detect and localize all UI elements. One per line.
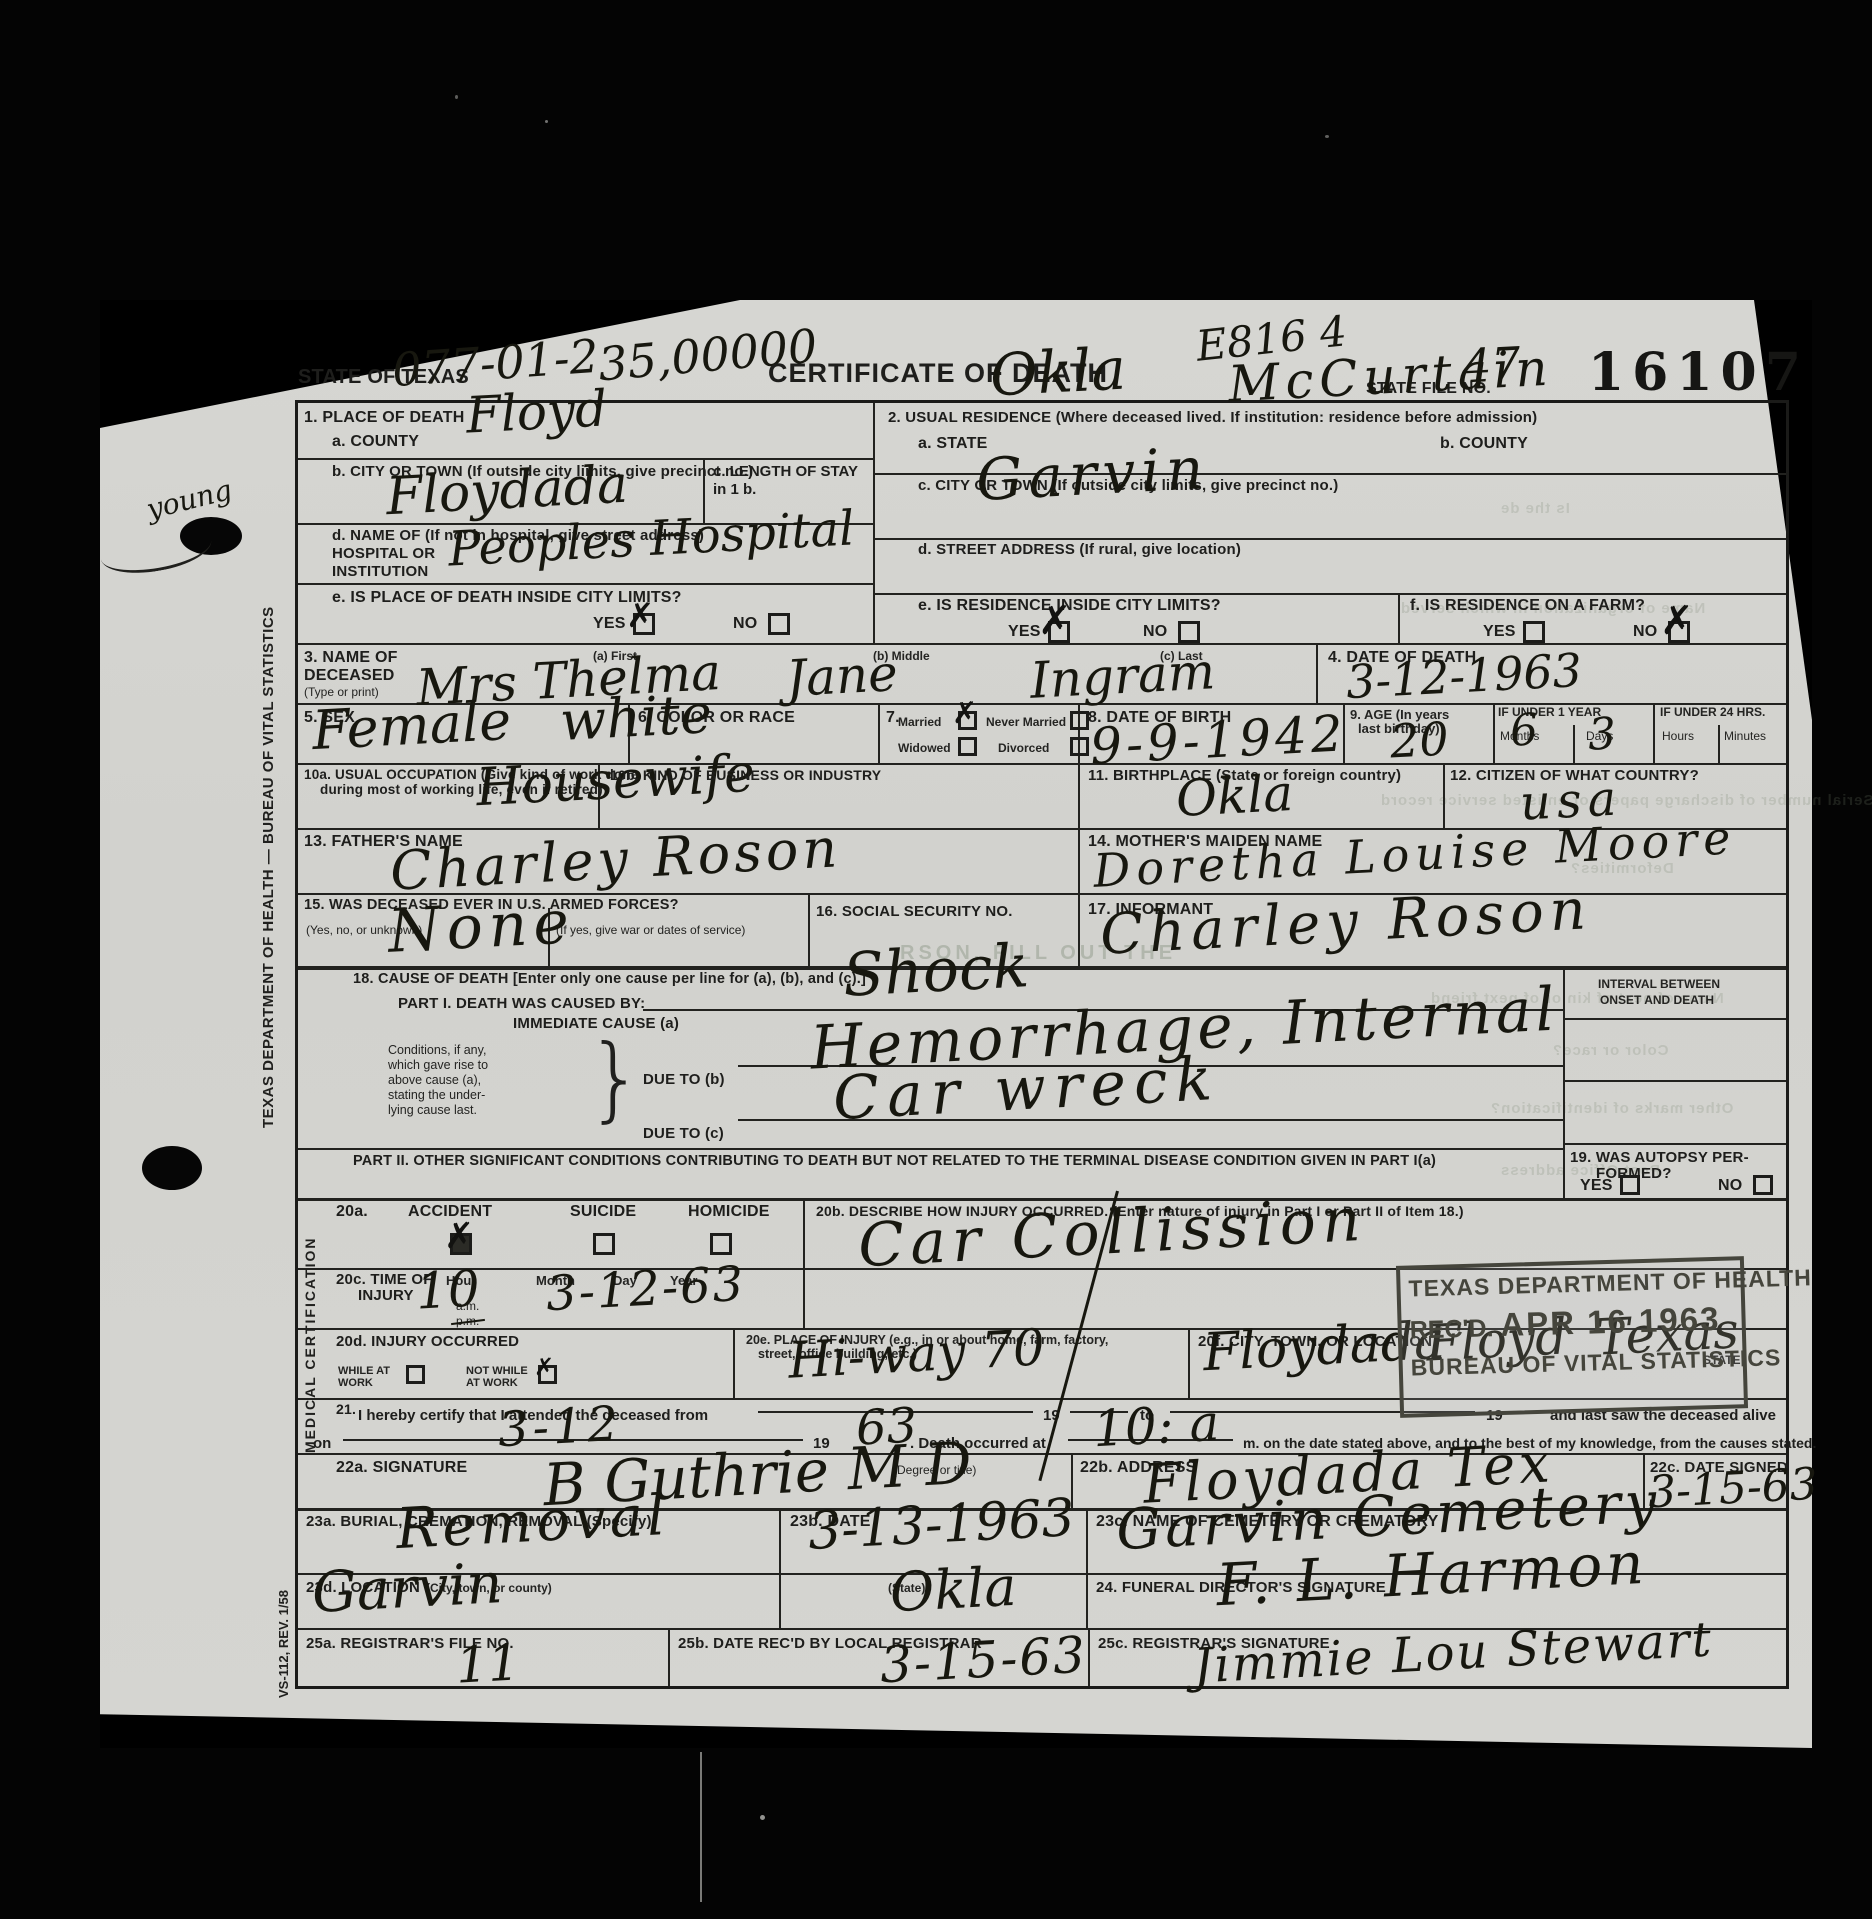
middle-name-value: Jane — [785, 648, 899, 704]
never-married-label: Never Married — [986, 715, 1066, 729]
age-value: 20 — [1389, 715, 1450, 764]
grid-line — [803, 1198, 805, 1328]
autopsy-no-label: NO — [1718, 1177, 1742, 1195]
location-state-value: Okla — [889, 1560, 1018, 1621]
farm-yes-checkbox — [1523, 621, 1545, 643]
hole-punch-bottom — [142, 1146, 202, 1190]
scan-background: young TEXAS DEPARTMENT OF HEALTH — BUREA… — [0, 0, 1872, 1919]
residence-city-limits-yes-mark: ✗ — [1038, 601, 1072, 641]
farm-no-label: NO — [1633, 623, 1657, 641]
suicide-checkbox — [593, 1233, 615, 1255]
autopsy-yes-checkbox — [1620, 1175, 1640, 1195]
due-to-c-label: DUE TO (c) — [643, 1125, 724, 1142]
death-time-value: 10: a — [1092, 1398, 1221, 1455]
widowed-checkbox — [958, 737, 977, 756]
hospital-name-label-2: HOSPITAL OR — [332, 545, 435, 562]
cause-c-value: Car wreck — [832, 1049, 1222, 1129]
certificate-form: MEDICAL CERTIFICATION 1. PLACE OF DEATH … — [295, 400, 1789, 1689]
not-while-at-work-label-2: AT WORK — [466, 1377, 518, 1389]
place-of-injury-value: Hi-way 70 — [787, 1322, 1046, 1385]
residence-city-limits-no-checkbox — [1178, 621, 1200, 643]
accident-mark: ✗ — [444, 1219, 474, 1255]
received-stamp: TEXAS DEPARTMENT OF HEALTH REC'D. APR 16… — [1396, 1256, 1748, 1418]
scan-speck — [545, 120, 548, 123]
county-value: Floyd — [465, 383, 608, 440]
grid-line — [1563, 966, 1565, 1198]
interval-label-2: ONSET AND DEATH — [1600, 993, 1714, 1007]
hours-label: Hours — [1662, 729, 1694, 743]
residence-county-value: McCurtain — [1227, 343, 1555, 410]
death-city-limits-no-checkbox — [768, 613, 790, 635]
length-of-stay-label: c. LENGTH OF STAY — [713, 463, 858, 480]
pen-scribble — [97, 519, 215, 581]
registrar-signature-value: Jimmie Lou Stewart — [1192, 1615, 1714, 1690]
cause-a-value: Shock — [842, 936, 1031, 1006]
form-number-vertical-label: VS-112, REV. 1/58 — [276, 1548, 291, 1698]
grid-line — [1398, 593, 1400, 643]
sex-value: Female — [311, 694, 513, 758]
street-address-label: d. STREET ADDRESS (If rural, give locati… — [918, 541, 1241, 558]
item-21-number: 21. — [336, 1401, 356, 1417]
months-value: 6 — [1509, 708, 1539, 753]
scan-speck — [455, 95, 458, 99]
autopsy-label-1: 19. WAS AUTOPSY PER- — [1570, 1149, 1749, 1166]
grid-line — [1088, 1628, 1090, 1686]
farm-no-mark: ✗ — [1660, 601, 1694, 641]
grid-line — [298, 1148, 1563, 1150]
minutes-label: Minutes — [1724, 729, 1766, 743]
death-city-limits-no-label: NO — [733, 615, 757, 633]
agency-vertical-label: TEXAS DEPARTMENT OF HEALTH — BUREAU OF V… — [260, 468, 277, 1128]
social-security-label: 16. SOCIAL SECURITY NO. — [816, 903, 1013, 920]
name-of-deceased-label: 3. NAME OF — [304, 649, 398, 667]
divorced-checkbox — [1070, 737, 1089, 756]
birthplace-value: Okla — [1175, 768, 1295, 824]
grid-line — [1563, 1143, 1786, 1145]
grid-line — [873, 593, 1786, 595]
grid-line — [1078, 763, 1080, 893]
certify-on: on — [313, 1435, 331, 1452]
scan-speck — [760, 1815, 765, 1820]
due-to-b-label: DUE TO (b) — [643, 1071, 725, 1088]
stamp-line-1: TEXAS DEPARTMENT OF HEALTH — [1408, 1267, 1733, 1303]
while-at-work-label-1: WHILE AT — [338, 1365, 390, 1377]
grid-line — [1653, 703, 1655, 763]
grid-line — [668, 1628, 670, 1686]
grid-line — [1563, 1080, 1786, 1082]
hospital-name-label-3: INSTITUTION — [332, 563, 428, 580]
medical-certification-vertical-label: MEDICAL CERTIFICATION — [302, 968, 318, 1453]
burial-date-value: 3-13-1963 — [807, 1492, 1076, 1558]
grid-line — [298, 1198, 1786, 1201]
death-city-limits-yes-mark: ✗ — [626, 599, 655, 633]
divorced-label: Divorced — [998, 741, 1049, 755]
grid-line — [1086, 1508, 1088, 1628]
conditions-note-4: stating the under- — [388, 1088, 485, 1102]
days-value: 3 — [1587, 712, 1617, 757]
married-label: Married — [898, 715, 941, 729]
residence-county-label: b. COUNTY — [1440, 435, 1528, 453]
autopsy-no-checkbox — [1753, 1175, 1773, 1195]
conditions-note-5: lying cause last. — [388, 1103, 477, 1117]
part-2-label: PART II. OTHER SIGNIFICANT CONDITIONS CO… — [353, 1153, 1436, 1169]
conditions-note-1: Conditions, if any, — [388, 1043, 486, 1057]
scan-edge-bottom — [100, 1696, 1812, 1748]
farm-yes-label: YES — [1483, 623, 1516, 641]
conditions-note-2: which gave rise to — [388, 1058, 488, 1072]
autopsy-yes-label: YES — [1580, 1177, 1613, 1195]
certificate-serial-number: 16107 — [1588, 342, 1809, 403]
place-of-death-title: 1. PLACE OF DEATH — [304, 409, 464, 427]
date-of-birth-value: 9-9-1942 — [1089, 708, 1348, 771]
grid-line — [779, 1508, 781, 1628]
last-name-value: Ingram — [1029, 646, 1216, 706]
grid-line — [1188, 1328, 1190, 1398]
grid-line — [1443, 763, 1445, 828]
conditions-note-3: above cause (a), — [388, 1073, 481, 1087]
date-of-death-value: 3-12-1963 — [1345, 647, 1583, 705]
grid-line — [1718, 725, 1720, 763]
color-or-race-value: white — [559, 687, 714, 749]
scan-scratch — [700, 1752, 702, 1902]
location-value: Garvin — [311, 1556, 504, 1622]
residence-city-limits-no-label: NO — [1143, 623, 1167, 641]
residence-city-value: Garvin — [975, 439, 1211, 509]
date-signed-value: 3-15-63 — [1647, 1463, 1819, 1516]
injury-occurred-label: 20d. INJURY OCCURRED — [336, 1333, 519, 1350]
suicide-label: SUICIDE — [570, 1203, 636, 1221]
item-20a-label: 20a. — [336, 1203, 368, 1221]
name-of-deceased-label-2: DECEASED — [304, 667, 395, 685]
grid-line — [1563, 1018, 1786, 1020]
homicide-label: HOMICIDE — [688, 1203, 770, 1221]
signature-label: 22a. SIGNATURE — [336, 1459, 467, 1477]
married-mark: ✗ — [952, 699, 977, 729]
county-label: a. COUNTY — [332, 433, 419, 451]
certificate-paper: young TEXAS DEPARTMENT OF HEALTH — BUREA… — [100, 300, 1812, 1748]
burial-removal-value: Removal — [395, 1488, 671, 1558]
while-at-work-label-2: WORK — [338, 1377, 373, 1389]
grid-line — [878, 703, 880, 763]
last-seen-date-value: 3-12 — [497, 1400, 623, 1454]
grid-line — [873, 403, 875, 643]
length-of-stay-label-2: in 1 b. — [713, 481, 756, 498]
hour-value: 10 — [415, 1263, 481, 1316]
grid-line — [1316, 643, 1318, 703]
injury-date-value: 3-12-63 — [545, 1260, 746, 1318]
grid-line — [298, 583, 873, 585]
part-1-label: PART I. DEATH WAS CAUSED BY: — [398, 995, 645, 1012]
never-married-checkbox — [1070, 711, 1089, 730]
cause-of-death-label: 18. CAUSE OF DEATH [Enter only one cause… — [353, 971, 866, 987]
armed-forces-value: None — [387, 892, 577, 962]
death-city-limits-yes-label: YES — [593, 615, 626, 633]
widowed-label: Widowed — [898, 741, 951, 755]
residence-state-value: Okla — [989, 339, 1128, 404]
stamp-line-2: REC'D. APR 16 1963 — [1409, 1299, 1734, 1346]
while-at-work-checkbox — [406, 1365, 425, 1384]
stamp-line-3: BUREAU OF VITAL STATISTICS — [1410, 1345, 1735, 1381]
homicide-checkbox — [710, 1233, 732, 1255]
registrar-file-no-value: 11 — [455, 1637, 521, 1690]
grid-line — [873, 538, 1786, 540]
conditions-brace: } — [586, 1025, 645, 1132]
grid-line — [1078, 893, 1080, 966]
grid-line — [733, 1328, 735, 1398]
armed-forces-sub-2: (If yes, give war or dates of service) — [556, 923, 745, 937]
pen-scribble-text: young — [144, 476, 235, 524]
date-recd-value: 3-15-63 — [879, 1630, 1088, 1691]
not-while-at-work-mark: ✗ — [534, 1355, 554, 1379]
grid-line — [808, 893, 810, 966]
time-of-injury-label-2: INJURY — [358, 1287, 414, 1304]
interval-label-1: INTERVAL BETWEEN — [1598, 977, 1720, 991]
not-while-at-work-label-1: NOT WHILE — [466, 1365, 528, 1377]
usual-residence-title: 2. USUAL RESIDENCE (Where deceased lived… — [888, 409, 1537, 426]
grid-line — [1573, 725, 1575, 763]
residence-city-limits-yes-label: YES — [1008, 623, 1041, 641]
kind-of-business-label: 10b. KIND OF BUSINESS OR INDUSTRY — [610, 767, 881, 783]
scan-speck — [1325, 135, 1329, 138]
grid-line — [1493, 703, 1495, 763]
residence-on-farm-label: f. IS RESIDENCE ON A FARM? — [1410, 597, 1645, 615]
if-under-24-hrs-label: IF UNDER 24 HRS. — [1660, 705, 1765, 719]
